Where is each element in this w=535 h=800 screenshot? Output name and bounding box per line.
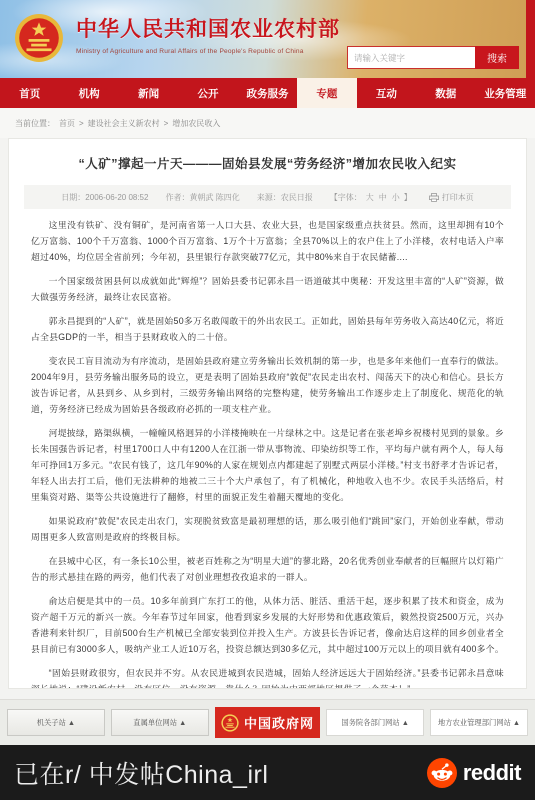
header-red-ribbon [526,0,535,78]
nav-item-data[interactable]: 数据 [416,78,475,108]
nav-item-disclosure[interactable]: 公开 [178,78,237,108]
footer-link-affiliated-units[interactable]: 直属单位网站 ▲ [111,709,209,736]
print-page-label: 打印本页 [442,192,474,203]
reddit-brand: reddit [427,758,521,788]
article-paragraph: 俞达启便是其中的一员。10多年前到广东打工的他，从体力活、脏活、重活干起，逐步积… [31,593,504,657]
breadcrumb-new-countryside[interactable]: 建设社会主义新农村 [88,118,160,129]
breadcrumb-home[interactable]: 首页 [59,118,75,129]
breadcrumb-prefix: 当前位置： [15,118,55,129]
breadcrumb-separator: > [79,119,84,128]
footer-link-agency-subsites[interactable]: 机关子站 ▲ [7,709,105,736]
article-meta-bar: 日期：2006-06-20 08:52 作者：黄朝武 陈四化 来源：农民日报 【… [24,185,511,209]
font-size-large-button[interactable]: 大 [366,192,374,203]
breadcrumb-increase-income[interactable]: 增加农民收入 [172,118,220,129]
site-title: 中华人民共和国农业农村部 [76,13,340,43]
article-title: “人矿”撑起一片天———固始县发展“劳务经济”增加农民收入纪实 [37,154,498,172]
nav-item-orgs[interactable]: 机构 [59,78,118,108]
article-paragraph: “固始县财政很穷，但农民并不穷。从农民进城到农民造城，固始人经济远远大于固始经济… [31,665,504,689]
article-date: 日期：2006-06-20 08:52 [61,192,148,203]
footer-link-strip: 机关子站 ▲ 直属单位网站 ▲ 中国政府网 国务院各部门网站 ▲ 地方农业管理部… [0,699,535,745]
nav-item-services[interactable]: 政务服务 [238,78,297,108]
search-bar: 搜索 [347,46,519,69]
gov-portal-label: 中国政府网 [244,713,314,732]
footer-link-local-agri-depts[interactable]: 地方农业管理部门网站 ▲ [430,709,528,736]
article-paragraph: 郭永昌提到的“人矿”，就是固始50多万名敢闯敢干的外出农民工。正如此，固始县每年… [31,313,504,345]
printer-icon [429,193,439,202]
reddit-snoo-icon [427,758,457,788]
article-paragraph: 在县城中心区，有一条长10公里，被老百姓称之为“明星大道”的蓼北路，20名优秀创… [31,553,504,585]
footer-gov-portal-banner[interactable]: 中国政府网 [215,707,320,738]
article-body: 这里没有铁矿、没有铜矿，是河南省第一人口大县、农业大县，也是国家级重点扶贫县。然… [9,209,526,689]
site-header: 中华人民共和国农业农村部 Ministry of Agriculture and… [0,0,535,78]
font-size-prefix: 【字体： [330,192,362,203]
header-titles: 中华人民共和国农业农村部 Ministry of Agriculture and… [76,13,340,55]
print-page-button[interactable]: 打印本页 [429,192,474,203]
article-paragraph: 如果说政府“敦促”农民走出农门，实现脱贫致富是最初理想的话，那么吸引他们“跳回”… [31,513,504,545]
breadcrumb: 当前位置： 首页 > 建设社会主义新农村 > 增加农民收入 [0,108,535,138]
article-source: 来源：农民日报 [257,192,313,203]
search-input[interactable] [347,46,475,69]
gov-emblem-icon [221,714,239,732]
reddit-share-text: 已在r/ 中发帖China_irl [14,755,268,791]
moa-website-page: 中华人民共和国农业农村部 Ministry of Agriculture and… [0,0,535,800]
main-nav: 首页 机构 新闻 公开 政务服务 专题 互动 数据 业务管理 [0,78,535,108]
site-subtitle-english: Ministry of Agriculture and Rural Affair… [76,48,340,55]
search-button[interactable]: 搜索 [475,46,519,69]
reddit-wordmark: reddit [463,760,521,786]
article-paragraph: 变农民工盲目流动为有序流动，是固始县政府建立劳务输出长效机制的第一步，也是多年来… [31,353,504,417]
breadcrumb-separator: > [164,119,169,128]
article-card: “人矿”撑起一片天———固始县发展“劳务经济”增加农民收入纪实 日期：2006-… [8,138,527,689]
article-paragraph: 这里没有铁矿、没有铜矿，是河南省第一人口大县、农业大县，也是国家级重点扶贫县。然… [31,217,504,265]
article-paragraph: 一个国家级贫困县何以成就如此“辉煌”？固始县委书记郭永昌一语道破其中奥秘：开发这… [31,273,504,305]
nav-item-topics-active[interactable]: 专题 [297,78,356,108]
reddit-share-banner: 已在r/ 中发帖China_irl reddit [0,745,535,800]
font-size-suffix: 】 [404,192,412,203]
font-size-control: 【字体： 大 中 小 】 [330,192,412,203]
nav-item-interaction[interactable]: 互动 [357,78,416,108]
article-paragraph: 河堤披绿，路渠纵横，一幢幢风格迥异的小洋楼掩映在一片绿林之中。这是记者在张老埠乡… [31,425,504,505]
nav-item-news[interactable]: 新闻 [119,78,178,108]
nav-item-home[interactable]: 首页 [0,78,59,108]
font-size-small-button[interactable]: 小 [392,192,400,203]
article-author: 作者：黄朝武 陈四化 [165,192,239,203]
nav-item-business-mgmt[interactable]: 业务管理 [476,78,535,108]
national-emblem-icon [14,13,64,63]
font-size-medium-button[interactable]: 中 [379,192,387,203]
footer-link-state-council-depts[interactable]: 国务院各部门网站 ▲ [326,709,424,736]
